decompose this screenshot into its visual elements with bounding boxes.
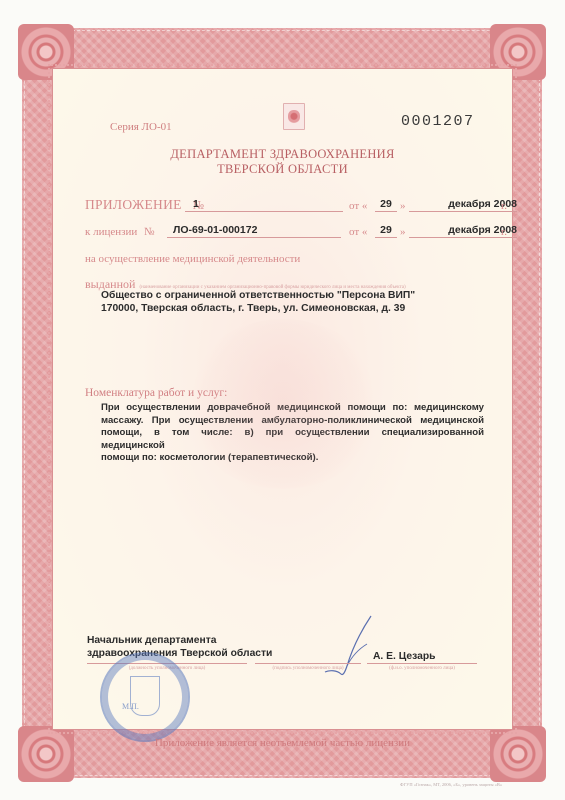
nomenclature-line: помощи по: косметологии (терапевтической… xyxy=(101,452,484,465)
appendix-day: 29 xyxy=(375,198,397,212)
organization-address: 170000, Тверская область, г. Тверь, ул. … xyxy=(101,302,405,315)
nomenclature-line: При осуществлении доврачебной медицинско… xyxy=(101,402,484,415)
nomenclature-line: помощи, в том числе: в) при осуществлени… xyxy=(101,427,484,452)
license-number: ЛО-69-01-000172 xyxy=(167,224,341,238)
from-label: от « xyxy=(349,200,367,212)
signature-line xyxy=(255,663,361,664)
signatory-position-line2: здравоохранения Тверской области xyxy=(87,647,272,660)
nomenclature-text: При осуществлении доврачебной медицинско… xyxy=(101,402,484,465)
year-suffix: г. xyxy=(501,226,507,238)
issuer-title: ДЕПАРТАМЕНТ ЗДРАВООХРАНЕНИЯ xyxy=(53,147,512,162)
ornament-corner-icon xyxy=(490,726,546,782)
signature-caption: (подпись уполномоченного лица) xyxy=(255,666,361,671)
signatory-position-line1: Начальник департамента xyxy=(87,634,217,647)
signatory-name: А. Е. Цезарь xyxy=(373,650,435,663)
organization-name: Общество с ограниченной ответственностью… xyxy=(101,289,415,302)
license-day: 29 xyxy=(375,224,397,238)
issuer-region: ТВЕРСКОЙ ОБЛАСТИ xyxy=(53,162,512,177)
form-number: 0001207 xyxy=(401,113,475,130)
print-info: ФГУП «Гознак», МТ, 2006, «Б», уровень за… xyxy=(400,782,502,787)
name-caption: (ф.и.о. уполномоченного лица) xyxy=(367,666,477,671)
activity-type: на осуществление медицинской деятельност… xyxy=(85,253,300,265)
series-label: Серия ЛО-01 xyxy=(110,121,172,133)
stamp-text: М.П. xyxy=(122,702,139,711)
handwritten-signature-icon xyxy=(323,614,383,684)
from-label: от « xyxy=(349,226,367,238)
nomenclature-line: массажу. При осуществлении амбулаторно-п… xyxy=(101,415,484,428)
license-label: к лицензии xyxy=(85,226,137,238)
official-stamp-icon: М.П. xyxy=(100,652,190,742)
number-sign: № xyxy=(144,226,155,238)
footer-note: Приложение является неотъемлемой частью … xyxy=(53,737,512,749)
quote-close: » xyxy=(400,200,406,212)
name-line xyxy=(367,663,477,664)
appendix-label: ПРИЛОЖЕНИЕ xyxy=(85,197,182,212)
quote-close: » xyxy=(400,226,406,238)
document-body: Серия ЛО-01 0001207 ДЕПАРТАМЕНТ ЗДРАВООХ… xyxy=(52,68,513,730)
license-row: к лицензии № xyxy=(85,226,155,238)
year-suffix: г. xyxy=(501,200,507,212)
ornament-corner-icon xyxy=(18,726,74,782)
nomenclature-label: Номенклатура работ и услуг: xyxy=(85,387,227,399)
document-border: Серия ЛО-01 0001207 ДЕПАРТАМЕНТ ЗДРАВООХ… xyxy=(22,28,542,778)
appendix-number: 1 xyxy=(185,198,343,212)
coat-of-arms-icon xyxy=(283,103,305,130)
